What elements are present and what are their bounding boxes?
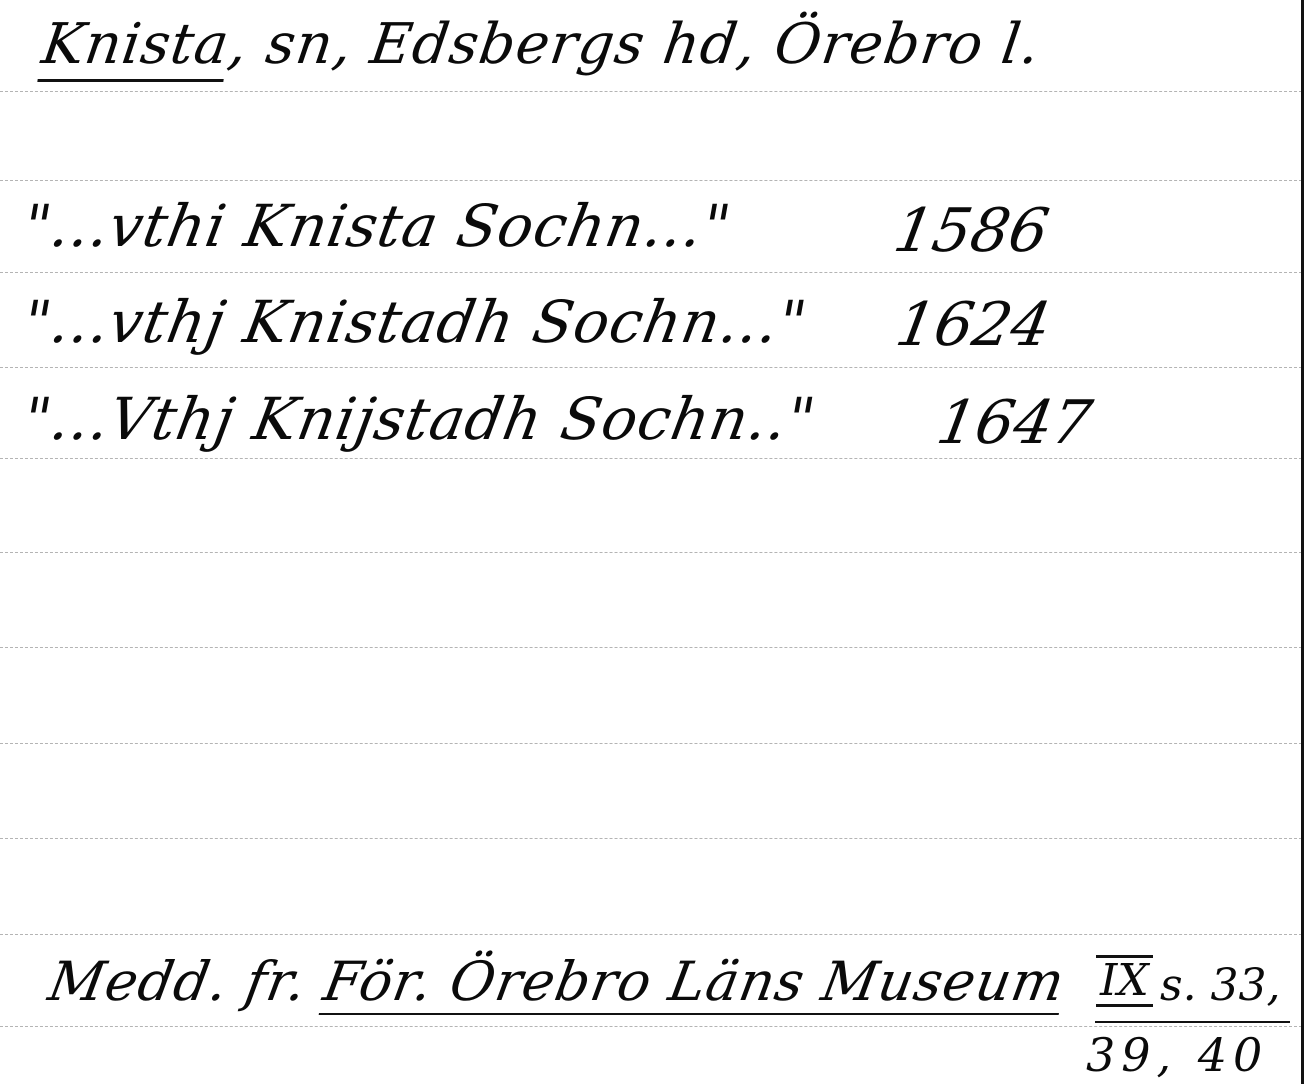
index-card: Knista, sn, Edsbergs hd, Örebro l. "...v… bbox=[0, 0, 1307, 1084]
quote-year-1: 1586 bbox=[889, 196, 1054, 266]
ruled-line bbox=[0, 647, 1302, 648]
card-heading: Knista, sn, Edsbergs hd, Örebro l. bbox=[38, 12, 1044, 77]
source-title: För. Örebro Läns Museum bbox=[319, 950, 1070, 1015]
source-pages-2: 39, 40 bbox=[1086, 1028, 1268, 1082]
ruled-line bbox=[0, 838, 1302, 839]
pages-divider bbox=[1095, 1021, 1290, 1023]
quote-text: "...vthj Knistadh Sochn..." bbox=[18, 288, 812, 356]
quote-year-3: 1647 bbox=[932, 388, 1097, 458]
heading-location: , sn, Edsbergs hd, Örebro l. bbox=[224, 12, 1044, 77]
source-reference: Medd. fr. För. Örebro Läns Museum bbox=[44, 950, 1070, 1013]
quote-line-1: "...vthi Knista Sochn..." bbox=[18, 192, 737, 260]
place-name: Knista bbox=[37, 12, 233, 82]
ruled-line bbox=[0, 272, 1302, 273]
quote-text: "...vthi Knista Sochn..." bbox=[18, 192, 737, 260]
quote-line-2: "...vthj Knistadh Sochn..." bbox=[18, 288, 812, 356]
source-volume: IX bbox=[1096, 955, 1153, 1007]
ruled-line bbox=[0, 743, 1302, 744]
quote-line-3: "...Vthj Knijstadh Sochn.." bbox=[18, 385, 821, 453]
ruled-line bbox=[0, 934, 1302, 935]
card-edge-border bbox=[1301, 0, 1304, 1084]
ruled-line bbox=[0, 91, 1302, 92]
source-prefix: Medd. fr. bbox=[44, 950, 330, 1013]
quote-year-2: 1624 bbox=[891, 290, 1056, 360]
ruled-line bbox=[0, 1026, 1302, 1027]
quote-text: "...Vthj Knijstadh Sochn.." bbox=[18, 385, 821, 453]
ruled-line bbox=[0, 552, 1302, 553]
ruled-line bbox=[0, 367, 1302, 368]
ruled-line bbox=[0, 458, 1302, 459]
ruled-line bbox=[0, 180, 1302, 181]
source-pages-1: s. 33, bbox=[1160, 960, 1281, 1011]
